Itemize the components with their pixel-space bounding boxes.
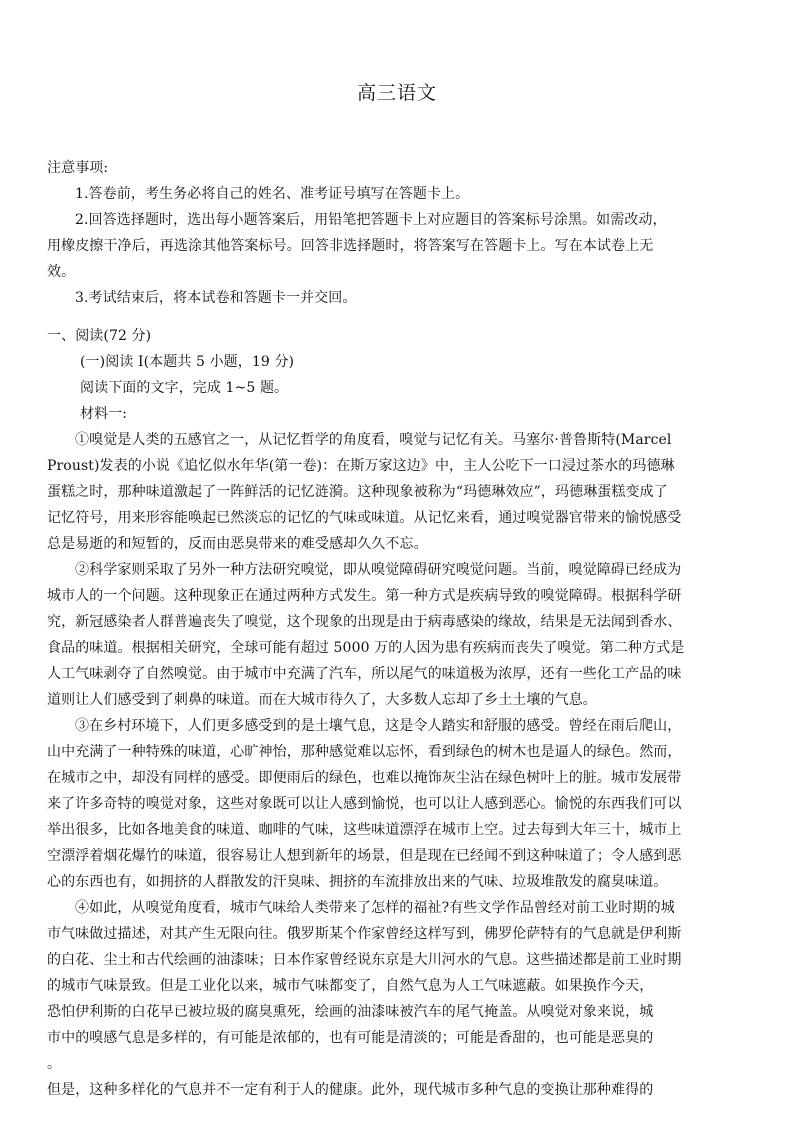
document-body: 注意事项: 1.答卷前，考生务必将自己的姓名、准考证号填写在答题卡上。 2.回答… — [47, 155, 757, 1103]
page-title: 高三语文 — [0, 78, 794, 105]
notice-item-cont: 用橡皮擦干净后，再选涂其他答案标号。回答非选择题时，将答案写在答题卡上。写在本试… — [47, 233, 757, 259]
text-line: 城市人的一个问题。这种现象正在通过两种方式发生。第一种方式是疾病导致的嗅觉障碍。… — [47, 583, 757, 609]
notice-item: 3.考试结束后，将本试卷和答题卡一并交回。 — [47, 285, 757, 311]
section-heading: 一、阅读(72 分) — [47, 323, 757, 349]
text-line: 蛋糕之时，那种味道激起了一阵鲜活的记忆涟漪。这种现象被称为“玛德琳效应”，玛德琳… — [47, 479, 757, 505]
paragraph-2: ②科学家则采取了另外一种方法研究嗅觉，即从嗅觉障碍研究嗅觉问题。当前，嗅觉障碍已… — [47, 557, 757, 713]
text-line: 市气味做过描述，对其产生无限向往。俄罗斯某个作家曾经这样写到，佛罗伦萨特有的气息… — [47, 921, 757, 947]
text-line: 究，新冠感染者人群普遍丧失了嗅觉，这个现象的出现是由于病毒感染的缘故，结果是无法… — [47, 609, 757, 635]
text-line: ④如此，从嗅觉角度看，城市气味给人类带来了怎样的福祉?有些文学作品曾经对前工业时… — [47, 895, 757, 921]
notice-item: 1.答卷前，考生务必将自己的姓名、准考证号填写在答题卡上。 — [47, 181, 757, 207]
text-line: 记忆符号，用来形容能唤起已然淡忘的记忆的气味或味道。从记忆来看，通过嗅觉器官带来… — [47, 505, 757, 531]
text-line: 人工气味剥夺了自然嗅觉。由于城市中充满了汽车，所以尾气的味道极为浓厚，还有一些化… — [47, 661, 757, 687]
notice-heading: 注意事项: — [47, 155, 757, 181]
text-line: 山中充满了一种特殊的味道，心旷神怡，那种感觉难以忘怀，看到绿色的树木也是逼人的绿… — [47, 739, 757, 765]
notice-item: 2.回答选择题时，选出每小题答案后，用铅笔把答题卡上对应题目的答案标号涂黑。如需… — [47, 207, 757, 233]
text-line: 举出很多，比如各地美食的味道、咖啡的气味，这些味道漂浮在城市上空。过去每到大年三… — [47, 817, 757, 843]
text-line: 恐怕伊利斯的白花早已被垃圾的腐臭熏死，绘画的油漆味被汽车的尾气掩盖。从嗅觉对象来… — [47, 999, 757, 1025]
paragraph-1: ①嗅觉是人类的五感官之一，从记忆哲学的角度看，嗅觉与记忆有关。马塞尔·普鲁斯特(… — [47, 427, 757, 557]
text-line: 空漂浮着烟花爆竹的味道，很容易让人想到新年的场景，但是现在已经闻不到这种味道了；… — [47, 843, 757, 869]
text-line: ②科学家则采取了另外一种方法研究嗅觉，即从嗅觉障碍研究嗅觉问题。当前，嗅觉障碍已… — [47, 557, 757, 583]
text-line: 食品的味道。根据相关研究，全球可能有超过 5000 万的人因为患有疾病而丧失了嗅… — [47, 635, 757, 661]
paragraph-4: ④如此，从嗅觉角度看，城市气味给人类带来了怎样的福祉?有些文学作品曾经对前工业时… — [47, 895, 757, 1077]
text-line: 来了许多奇特的嗅觉对象，这些对象既可以让人感到愉悦，也可以让人感到恶心。愉悦的东… — [47, 791, 757, 817]
material-label: 材料一: — [47, 401, 757, 427]
text-line: 道则让人们感受到了刺鼻的味道。而在大城市待久了，大多数人忘却了乡土土壤的气息。 — [47, 687, 757, 713]
text-line: 市中的嗅感气息是多样的，有可能是浓郁的，也有可能是清淡的；可能是香甜的，也可能是… — [47, 1025, 757, 1051]
subsection-heading: (一)阅读 I(本题共 5 小题，19 分) — [47, 349, 757, 375]
text-line: 。 — [47, 1051, 757, 1077]
trailing-line: 但是，这种多样化的气息并不一定有利于人的健康。此外，现代城市多种气息的变换让那种… — [47, 1077, 757, 1103]
text-line: Proust)发表的小说《追忆似水年华(第一卷)：在斯万家这边》中，主人公吃下一… — [47, 453, 757, 479]
text-line: 的城市气味景致。但是工业化以来，城市气味都变了，自然气息为人工气味遮蔽。如果换作… — [47, 973, 757, 999]
text-line: ③在乡村环境下，人们更多感受到的是土壤气息，这是令人踏实和舒服的感受。曾经在雨后… — [47, 713, 757, 739]
text-line: 的白花、尘土和古代绘画的油漆味；日本作家曾经说东京是大川河水的气息。这些描述都是… — [47, 947, 757, 973]
text-line: 总是易逝的和短暂的，反而由恶臭带来的难受感却久久不忘。 — [47, 531, 757, 557]
text-line: 在城市之中，却没有同样的感受。即便雨后的绿色，也难以掩饰灰尘沾在绿色树叶上的脏。… — [47, 765, 757, 791]
text-line: 心的东西也有，如拥挤的人群散发的汗臭味、拥挤的车流排放出来的气味、垃圾堆散发的腐… — [47, 869, 757, 895]
text-line: ①嗅觉是人类的五感官之一，从记忆哲学的角度看，嗅觉与记忆有关。马塞尔·普鲁斯特(… — [47, 427, 757, 453]
instruction: 阅读下面的文字，完成 1~5 题。 — [47, 375, 757, 401]
paragraph-3: ③在乡村环境下，人们更多感受到的是土壤气息，这是令人踏实和舒服的感受。曾经在雨后… — [47, 713, 757, 895]
notice-item-cont: 效。 — [47, 259, 757, 285]
